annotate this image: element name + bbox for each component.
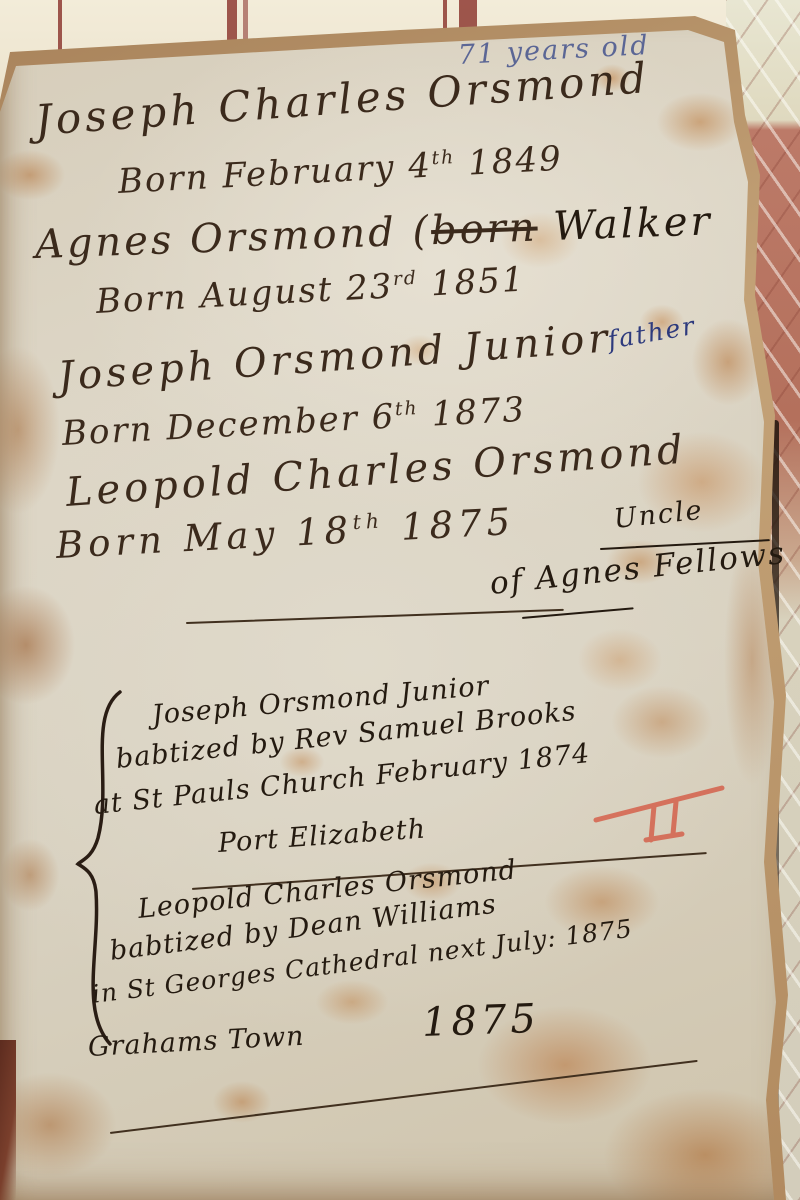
book-spine-sliver	[0, 1040, 16, 1200]
born-year: 1849	[454, 139, 563, 185]
ordinal-suffix: rd	[392, 268, 418, 290]
ordinal-suffix: th	[352, 508, 384, 534]
born-year: 1851	[417, 260, 526, 306]
ordinal-suffix: th	[431, 147, 456, 169]
maiden-name: Walker	[537, 198, 714, 250]
born-year: 1875	[383, 500, 516, 550]
baptism-year-large: 1875	[421, 996, 540, 1046]
born-year: 1873	[418, 390, 527, 436]
ordinal-suffix: th	[394, 398, 419, 420]
red-pencil-mark	[592, 778, 742, 848]
photo-of-family-record-page: 71 years old Joseph Charles Orsmond Born…	[0, 0, 800, 1200]
struck-word: born	[430, 204, 538, 254]
